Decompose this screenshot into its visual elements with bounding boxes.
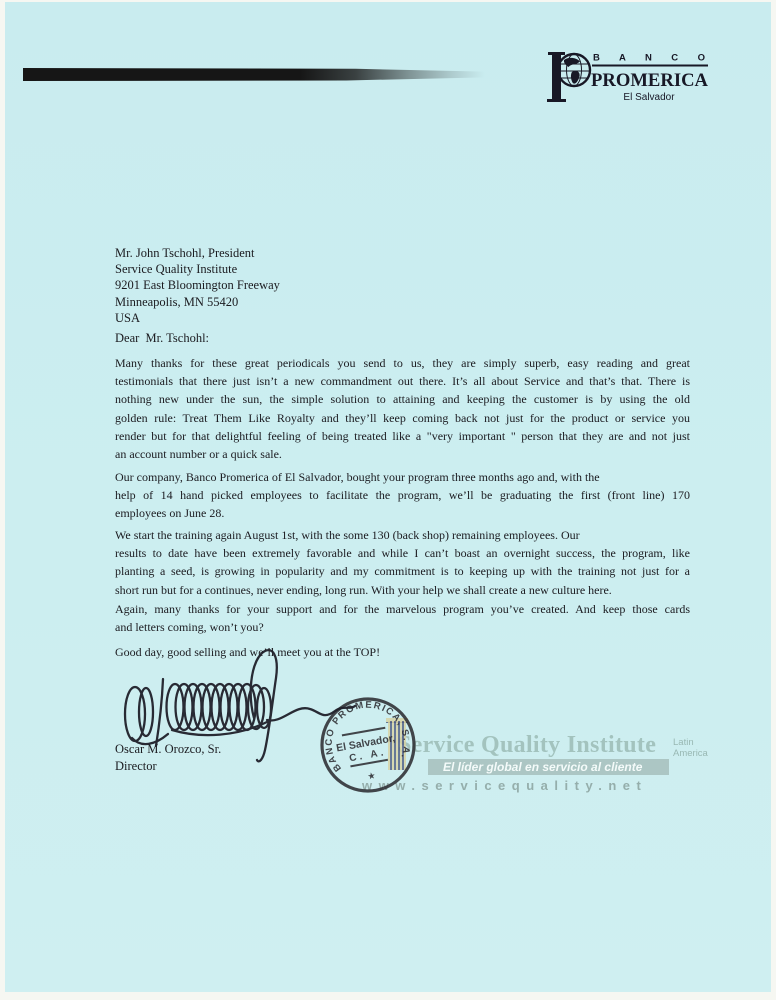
watermark-region-line: America <box>673 748 708 759</box>
banco-promerica-logo: B A N C O PROMERICA El Salvador <box>541 48 721 110</box>
banco-text: B A N C O <box>593 53 705 64</box>
text-line: short run but for a continues, never end… <box>115 581 690 599</box>
text-line: employees on June 28. <box>115 504 690 522</box>
text-line: help of 14 hand picked employees to faci… <box>115 486 690 504</box>
scanned-letter-screenshot: { "colors":{ "paper":"#cbedf0","ink":"#1… <box>0 0 776 1000</box>
logo-graphic: B A N C O PROMERICA El Salvador <box>541 48 721 110</box>
scan-artifact-bar <box>23 68 485 81</box>
text-line: golden rule: Treat Them Like Royalty and… <box>115 409 690 427</box>
text-line: We start the training again August 1st, … <box>115 526 690 544</box>
signature-scribble <box>110 642 370 792</box>
watermark-title: Service Quality Institute <box>398 732 656 759</box>
watermark-region: Latin America <box>673 737 708 759</box>
salutation: Dear Mr. Tschohl: <box>115 331 209 346</box>
watermark-tagline: El líder global en servicio al cliente <box>443 760 642 774</box>
text-line: render but for that delightful feeling o… <box>115 427 690 445</box>
text-line: and letters coming, won’t you? <box>115 618 690 636</box>
globe-icon <box>558 54 590 86</box>
text-line: testimonials that there just isn’t a new… <box>115 372 690 390</box>
text-line: planting a seed, is growing in popularit… <box>115 562 690 580</box>
recipient-line: Mr. John Tschohl, President <box>115 245 280 261</box>
text-line: Our company, Banco Promerica of El Salva… <box>115 468 690 486</box>
text-line: Many thanks for these great periodicals … <box>115 354 690 372</box>
watermark-tagline-bar: El líder global en servicio al cliente <box>428 759 669 775</box>
watermark-region-line: Latin <box>673 737 708 748</box>
paragraph-2: Our company, Banco Promerica of El Salva… <box>115 468 690 523</box>
paragraph-3: We start the training again August 1st, … <box>115 526 690 599</box>
brand-text: PROMERICA <box>591 70 708 91</box>
text-line: nothing new under the sun, the simple so… <box>115 390 690 408</box>
text-line: Again, many thanks for your support and … <box>115 600 690 618</box>
recipient-line: Service Quality Institute <box>115 261 280 277</box>
region-text: El Salvador <box>623 92 675 103</box>
text-line: an account number or a quick sale. <box>115 445 690 463</box>
recipient-line: Minneapolis, MN 55420 <box>115 294 280 310</box>
recipient-address-block: Mr. John Tschohl, President Service Qual… <box>115 245 280 326</box>
paragraph-1: Many thanks for these great periodicals … <box>115 354 690 463</box>
recipient-line: USA <box>115 310 280 326</box>
text-line: results to date have been extremely favo… <box>115 544 690 562</box>
letter-paper: B A N C O PROMERICA El Salvador Mr. John… <box>5 2 771 992</box>
paragraph-4: Again, many thanks for your support and … <box>115 600 690 636</box>
recipient-line: 9201 East Bloomington Freeway <box>115 277 280 293</box>
